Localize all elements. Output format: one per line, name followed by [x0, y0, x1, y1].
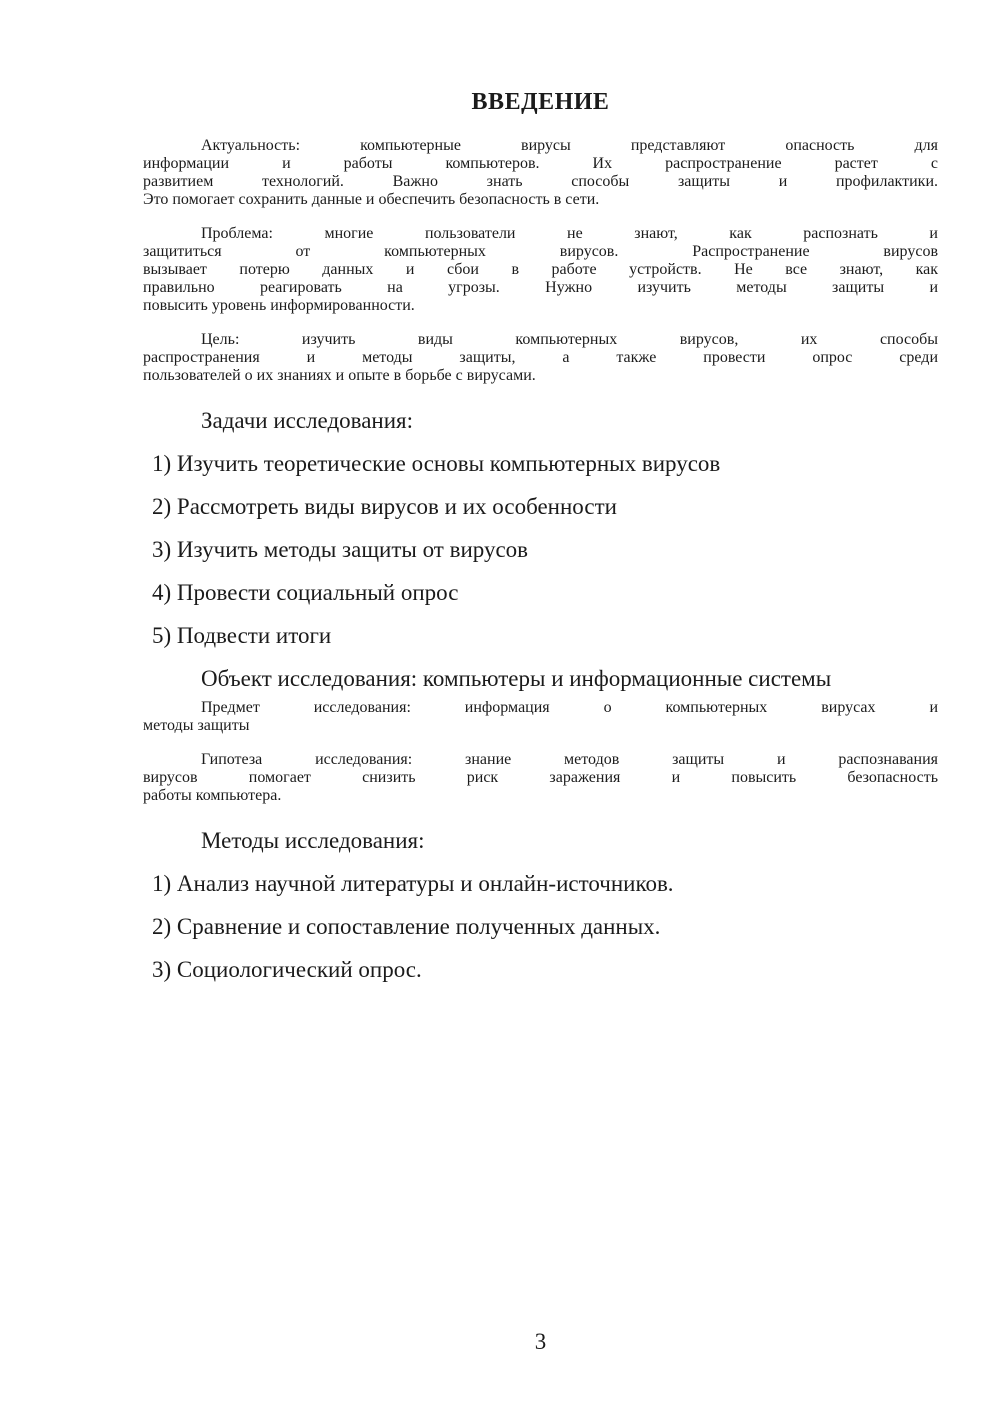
text-line: Цель: изучить виды компьютерных вирусов,… [143, 331, 938, 349]
text-line: Предмет исследования: информация о компь… [143, 699, 938, 717]
task-item-1: 1) Изучить теоретические основы компьюте… [143, 444, 938, 484]
paragraph-object: Объект исследования: компьютеры и информ… [143, 659, 938, 699]
method-item-1: 1) Анализ научной литературы и онлайн-ис… [143, 864, 938, 904]
text-line: повысить уровень информированности. [143, 297, 938, 315]
methods-heading: Методы исследования: [143, 821, 938, 861]
text-line: Гипотеза исследования: знание методов за… [143, 751, 938, 769]
text-line: развитием технологий. Важно знать способ… [143, 173, 938, 191]
method-item-2: 2) Сравнение и сопоставление полученных … [143, 907, 938, 947]
text-line: работы компьютера. [143, 787, 938, 805]
text-line: Актуальность: компьютерные вирусы предст… [143, 137, 938, 155]
text-line: вирусов помогает снизить риск заражения … [143, 769, 938, 787]
text-line: Проблема: многие пользователи не знают, … [143, 225, 938, 243]
text-line: Это помогает сохранить данные и обеспечи… [143, 191, 938, 209]
page-title: ВВЕДЕНИЕ [143, 80, 938, 124]
task-item-4: 4) Провести социальный опрос [143, 573, 938, 613]
tasks-heading: Задачи исследования: [143, 401, 938, 441]
page-number: 3 [143, 1322, 938, 1362]
task-item-3: 3) Изучить методы защиты от вирусов [143, 530, 938, 570]
text-line: методы защиты [143, 717, 938, 735]
text-line: вызывает потерю данных и сбои в работе у… [143, 261, 938, 279]
text-line: правильно реагировать на угрозы. Нужно и… [143, 279, 938, 297]
text-line: защититься от компьютерных вирусов. Расп… [143, 243, 938, 261]
text-line: распространения и методы защиты, а также… [143, 349, 938, 367]
text-line: пользователей о их знаниях и опыте в бор… [143, 367, 938, 385]
document-page: ВВЕДЕНИЕ Актуальность: компьютерные виру… [0, 0, 1000, 1414]
text-line: информации и работы компьютеров. Их расп… [143, 155, 938, 173]
task-item-2: 2) Рассмотреть виды вирусов и их особенн… [143, 487, 938, 527]
method-item-3: 3) Социологический опрос. [143, 950, 938, 990]
task-item-5: 5) Подвести итоги [143, 616, 938, 656]
